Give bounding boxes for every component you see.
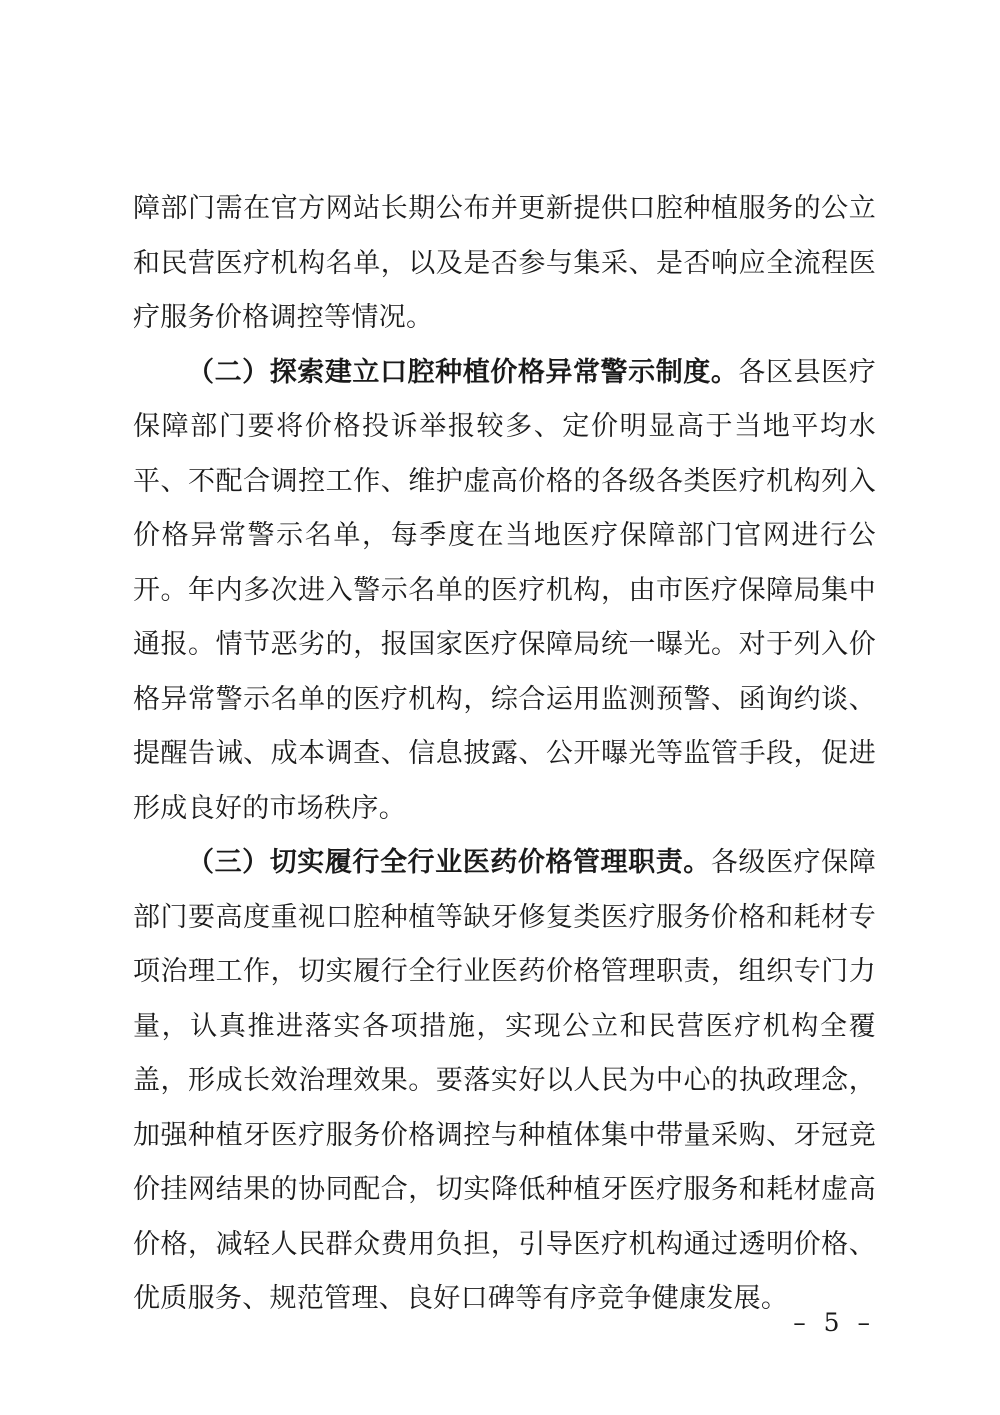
section-heading-2: （二）探索建立口腔种植价格异常警示制度。 [187, 357, 738, 388]
page-number: – 5 – [793, 1306, 875, 1340]
paragraph-text: 各级医疗保障部门要高度重视口腔种植等缺牙修复类医疗服务价格和耗材专项治理工作，切… [133, 847, 876, 1314]
paragraph-section-2: （二）探索建立口腔种植价格异常警示制度。各区县医疗保障部门要将价格投诉举报较多、… [133, 346, 876, 837]
paragraph-section-3: （三）切实履行全行业医药价格管理职责。各级医疗保障部门要高度重视口腔种植等缺牙修… [133, 836, 876, 1327]
paragraph-text: 障部门需在官方网站长期公布并更新提供口腔种植服务的公立和民营医疗机构名单，以及是… [133, 193, 876, 333]
paragraph-continuation: 障部门需在官方网站长期公布并更新提供口腔种植服务的公立和民营医疗机构名单，以及是… [133, 182, 876, 346]
paragraph-text: 各区县医疗保障部门要将价格投诉举报较多、定价明显高于当地平均水平、不配合调控工作… [133, 357, 876, 824]
section-heading-3: （三）切实履行全行业医药价格管理职责。 [187, 847, 711, 878]
document-page: 障部门需在官方网站长期公布并更新提供口腔种植服务的公立和民营医疗机构名单，以及是… [0, 0, 1000, 1415]
document-body: 障部门需在官方网站长期公布并更新提供口腔种植服务的公立和民营医疗机构名单，以及是… [133, 182, 876, 1327]
